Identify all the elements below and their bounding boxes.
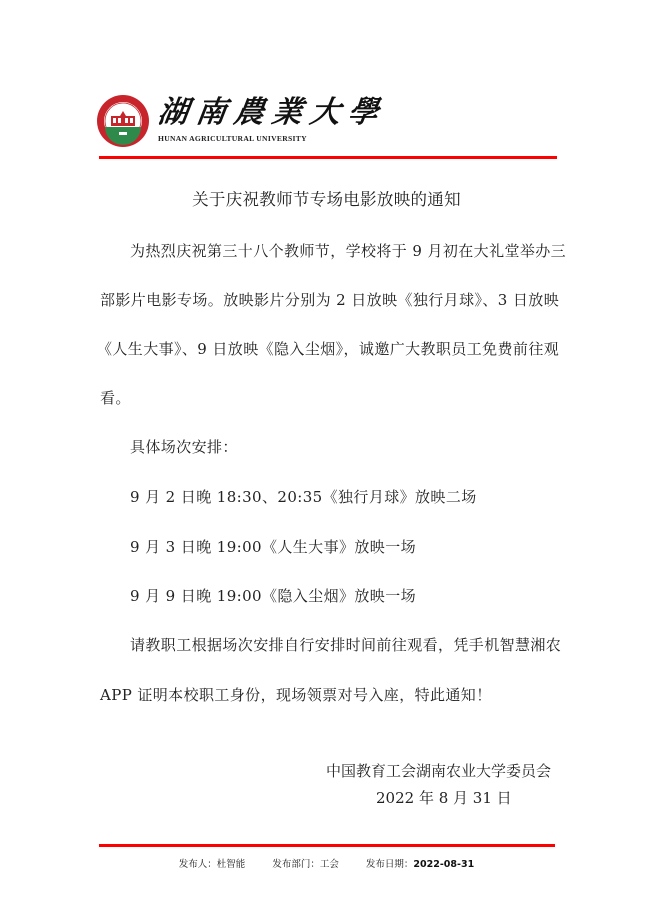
university-name-en: HUNAN AGRICULTURAL UNIVERSITY — [158, 134, 307, 143]
publisher: 发布人：杜智能 — [179, 856, 246, 870]
letterhead: 湖南農業大學 HUNAN AGRICULTURAL UNIVERSITY — [94, 94, 564, 150]
body-line: 《人生大事》、9 日放映《隐入尘烟》，诚邀广大教职员工免费前往观 — [97, 338, 557, 359]
body-line: 为热烈庆祝第三十八个教师节，学校将于 9 月初在大礼堂举办三 — [130, 240, 590, 261]
schedule-item: 9 月 3 日晚 19:00《人生大事》放映一场 — [130, 536, 590, 557]
schedule-heading: 具体场次安排： — [130, 436, 590, 457]
footer-divider — [99, 844, 555, 847]
body-line: 请教职工根据场次安排自行安排时间前往观看，凭手机智慧湘农 — [130, 634, 590, 655]
body-line: APP 证明本校职工身份，现场领票对号入座，特此通知！ — [100, 684, 560, 705]
notice-title: 关于庆祝教师节专场电影放映的通知 — [0, 186, 653, 210]
university-name-cn: 湖南農業大學 — [156, 96, 389, 130]
schedule-item: 9 月 9 日晚 19:00《隐入尘烟》放映一场 — [130, 585, 590, 606]
publish-date: 发布日期：2022-08-31 — [366, 856, 474, 870]
header-divider — [99, 156, 557, 159]
publish-date-value: 2022-08-31 — [413, 859, 474, 870]
body-line: 看。 — [100, 387, 560, 408]
body-line: 部影片电影专场。放映影片分别为 2 日放映《独行月球》、3 日放映 — [100, 289, 560, 310]
signature-organization: 中国教育工会湖南农业大学委员会 — [326, 760, 551, 781]
publish-date-label: 发布日期： — [366, 856, 414, 870]
publish-info: 发布人：杜智能 发布部门：工会 发布日期：2022-08-31 — [0, 856, 653, 870]
department: 发布部门：工会 — [272, 856, 339, 870]
university-seal-icon — [96, 94, 150, 148]
signature-date: 2022 年 8 月 31 日 — [376, 787, 512, 808]
schedule-item: 9 月 2 日晚 18:30、20:35《独行月球》放映二场 — [130, 486, 590, 507]
